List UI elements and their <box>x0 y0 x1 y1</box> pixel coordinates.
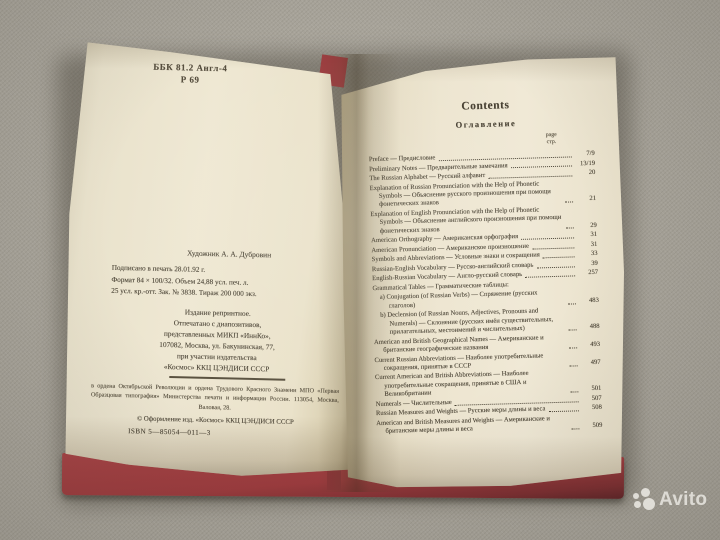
toc-dot-leader <box>511 166 572 169</box>
page-column-header: page стр. <box>538 132 564 147</box>
print-run-info: Подписано в печать 28.01.92 г.Формат 84 … <box>111 263 330 302</box>
toc-entry-label: Explanation of Russian Pronunciation wit… <box>370 179 563 209</box>
divider-line <box>169 376 285 381</box>
photo-open-book-on-fabric: ББК 81.2 Англ-4 Р 69 Художник А. А. Дубр… <box>0 0 720 540</box>
avito-logo-icon <box>632 488 656 512</box>
table-of-contents: Preface — Предисловие7/9Preliminary Note… <box>369 150 603 438</box>
avito-brand-text: Avito <box>659 489 707 511</box>
toc-page-number: 483 <box>578 297 599 306</box>
toc-page-number: 31 <box>576 231 597 240</box>
toc-page-number: 257 <box>577 269 598 278</box>
copyright-line: © Оформление изд. «Космос» ККЦ ЦЭНДИСИ С… <box>100 415 330 427</box>
reprint-edition-info: Издание репринтное.Отпечатано с диапозит… <box>116 306 317 376</box>
toc-page-number: 33 <box>576 250 597 259</box>
toc-dot-leader <box>521 237 574 239</box>
toc-entry-label: b) Declension (of Russian Nouns, Adjecti… <box>380 307 566 337</box>
toc-dot-leader <box>566 228 574 229</box>
bbk-classification: ББК 81.2 Англ-4 Р 69 <box>138 60 243 87</box>
toc-page-number: 493 <box>579 341 600 350</box>
toc-dot-leader <box>568 303 576 304</box>
toc-dot-leader <box>543 257 575 259</box>
toc-entry-label: Current American and British Abbreviatio… <box>375 369 568 399</box>
toc-page-number: 508 <box>581 404 602 413</box>
toc-dot-leader <box>569 347 577 348</box>
toc-dot-leader <box>569 329 577 330</box>
toc-page-number: 507 <box>580 394 601 403</box>
toc-page-number: 13/19 <box>574 159 595 168</box>
contents-title-english: Contents <box>370 97 600 115</box>
toc-entry-label: Explanation of English Pronunciation wit… <box>370 206 563 236</box>
toc-dot-leader <box>525 276 575 278</box>
toc-dot-leader <box>570 391 578 392</box>
toc-entry-label: Preface — Предисловие <box>369 154 436 164</box>
toc-dot-leader <box>571 428 579 429</box>
toc-page-number: 488 <box>578 323 599 332</box>
toc-page-number: 21 <box>575 195 596 204</box>
toc-page-number: 497 <box>579 359 600 368</box>
bbk-line: ББК 81.2 Англ-4 <box>138 60 242 74</box>
toc-page-number: 29 <box>576 221 597 230</box>
toc-page-number: 20 <box>574 169 595 178</box>
right-page-contents: Contents Оглавление page стр. Preface — … <box>340 56 624 488</box>
toc-dot-leader <box>532 247 574 249</box>
printing-house-info: в ордена Октябрьской Революции и ордена … <box>91 381 340 415</box>
toc-page-number: 7/9 <box>574 150 595 159</box>
toc-dot-leader <box>536 266 574 268</box>
toc-page-number: 39 <box>577 260 598 269</box>
left-page-imprint: ББК 81.2 Англ-4 Р 69 Художник А. А. Дубр… <box>64 38 360 478</box>
avito-watermark: Avito <box>632 488 707 512</box>
toc-dot-leader <box>565 202 573 203</box>
toc-page-number: 501 <box>580 385 601 394</box>
toc-dot-leader <box>570 365 578 366</box>
toc-page-number: 31 <box>576 240 597 249</box>
isbn-number: ISBN 5—85054—011—3 <box>128 427 211 437</box>
left-page-text-block: ББК 81.2 Англ-4 Р 69 Художник А. А. Дубр… <box>59 35 365 482</box>
contents-title-russian: Оглавление <box>371 116 601 132</box>
page-column-header-ru: стр. <box>538 139 564 147</box>
toc-page-number: 509 <box>581 422 602 431</box>
toc-dot-leader <box>488 175 572 178</box>
toc-dot-leader <box>548 410 579 412</box>
contents-text-block: Contents Оглавление page стр. Preface — … <box>334 52 630 492</box>
bbk-author-sign: Р 69 <box>138 72 242 86</box>
artist-credit: Художник А. А. Дубровин <box>124 247 334 261</box>
